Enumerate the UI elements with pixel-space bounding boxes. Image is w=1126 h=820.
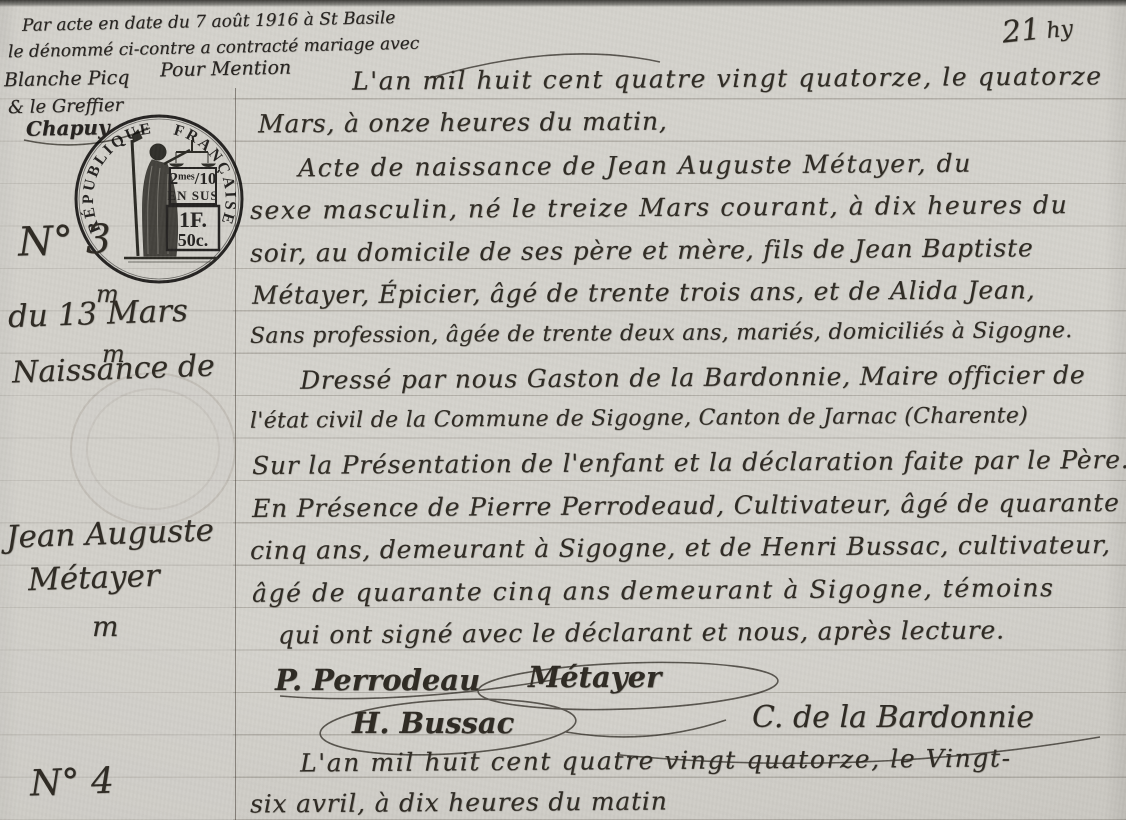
scanned-birth-record-page: { "document": { "type": "Acte de naissan…: [0, 0, 1126, 820]
page-number-paraph: hy: [1045, 16, 1074, 44]
mention-pour-mention: Pour Mention: [160, 57, 292, 82]
mention-line-1: Par acte en date du 7 août 1916 à St Bas…: [22, 8, 396, 36]
body-line: soir, au domicile de ses père et mère, f…: [250, 233, 1034, 267]
body-line: sexe masculin, né le treize Mars courant…: [250, 190, 1068, 225]
body-line: Métayer, Épicier, âgé de trente trois an…: [252, 275, 1036, 309]
body-line: qui ont signé avec le déclarant et nous,…: [278, 615, 1005, 649]
page-number: 21hy: [1000, 8, 1074, 50]
paraph-mark-3: m: [92, 610, 119, 643]
stamp-value-bottom: 50c.: [178, 230, 209, 250]
body-line: six avril, à dix heures du matin: [250, 787, 668, 819]
body-line: cinq ans, demeurant à Sigogne, et de Hen…: [250, 530, 1111, 565]
act-label: Naissance de: [11, 348, 215, 390]
stamp-surcharge-bottom: EN SUS: [167, 188, 218, 203]
act-date: du 13 Mars: [7, 293, 188, 335]
margin-name-line2: Métayer: [27, 558, 160, 599]
next-act-number: N° 4: [29, 761, 114, 805]
body-line: En Présence de Pierre Perrodeaud, Cultiv…: [252, 488, 1120, 523]
mention-bride-name: Blanche Picq: [4, 67, 130, 92]
signature-witness2: H. Bussac: [352, 706, 514, 740]
body-line: âgé de quarante cinq ans demeurant à Sig…: [252, 573, 1055, 608]
body-line: L'an mil huit cent quatre vingt quatorze…: [300, 744, 1012, 778]
signature-declarant: Métayer: [528, 660, 661, 694]
signature-witness1: P. Perrodeau: [275, 663, 480, 697]
body-line: Sur la Présentation de l'enfant et la dé…: [252, 445, 1126, 480]
act-number: N° 3: [17, 216, 112, 265]
scan-edge-top: [0, 0, 1126, 7]
margin-name-line1: Jean Auguste: [5, 512, 214, 555]
page-number-value: 21: [1000, 12, 1042, 51]
body-line: Mars, à onze heures du matin,: [258, 107, 668, 139]
body-line: Acte de naissance de Jean Auguste Métaye…: [298, 149, 972, 183]
stamp-value-top: 1F.: [179, 207, 207, 232]
body-line: L'an mil huit cent quatre vingt quatorze…: [352, 61, 1103, 95]
stamp-surcharge-top: 2ᵐᵉˢ/10: [170, 169, 217, 188]
clerk-signature: Chapuy: [26, 115, 110, 141]
body-line: Dressé par nous Gaston de la Bardonnie, …: [300, 360, 1086, 394]
signature-mayor: C. de la Bardonnie: [752, 700, 1034, 735]
embossed-stamp: [70, 372, 236, 526]
